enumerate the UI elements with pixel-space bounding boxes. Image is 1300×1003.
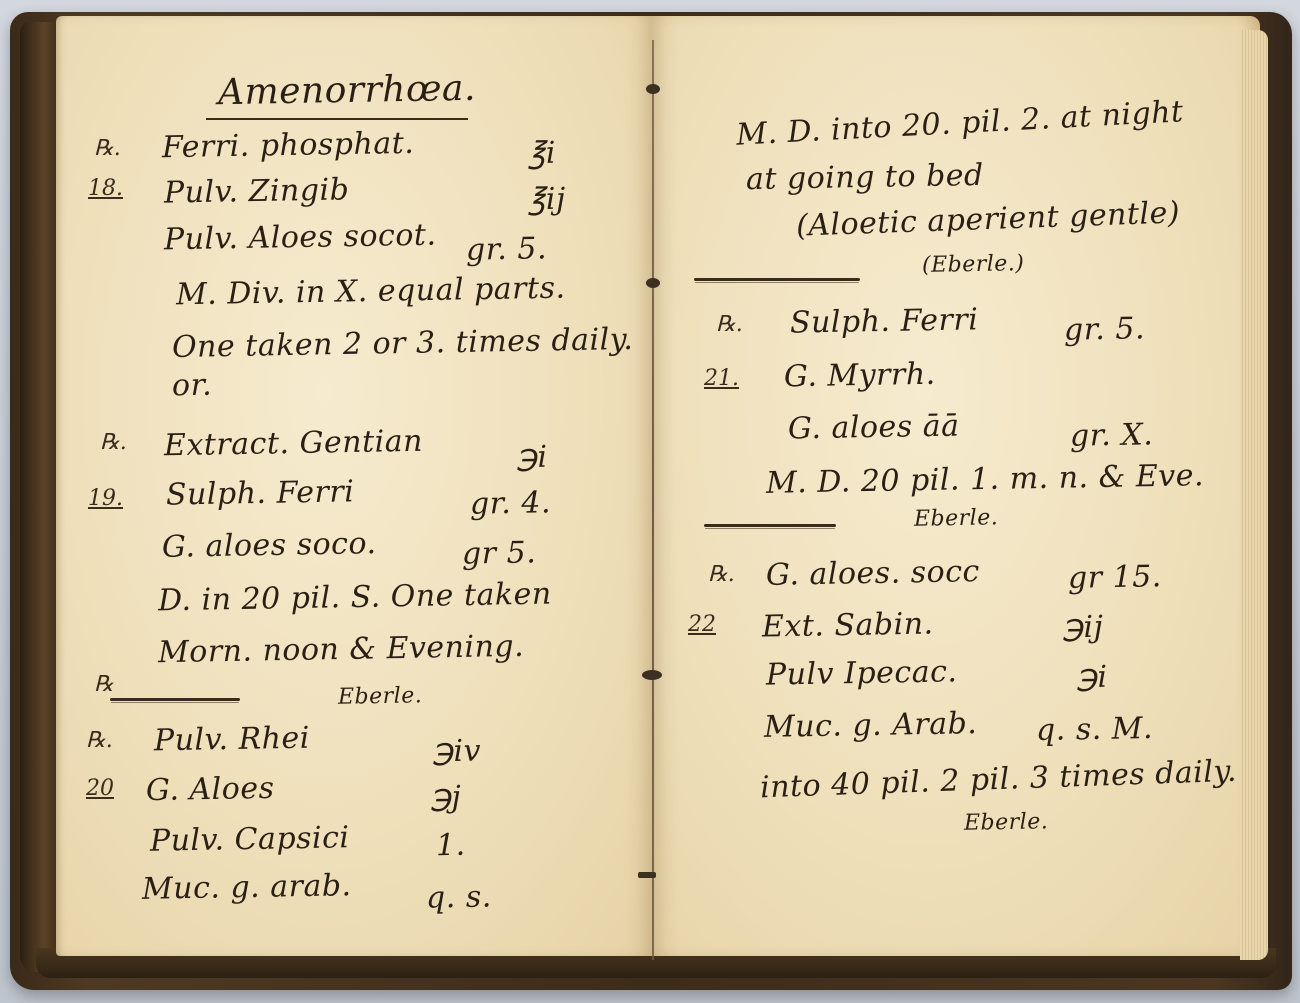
ingredient-name: G. aloes āā <box>788 409 960 447</box>
binding-stitch <box>638 872 656 878</box>
recipe-directions: Morn. noon & Evening. <box>158 629 525 670</box>
ingredient-dose: ℥ij <box>528 182 566 218</box>
ingredient-name: Pulv. Capsici <box>150 820 350 858</box>
page-stack-edges <box>1240 30 1268 960</box>
recipe-directions: M. Div. in X. equal parts. <box>176 271 566 313</box>
recipe-author: Eberle. <box>964 809 1049 835</box>
ingredient-dose: ℈i <box>516 440 548 476</box>
recipe-number: 22 <box>688 612 716 637</box>
ingredient-dose: q. s. <box>426 879 492 915</box>
ingredient-name: G. Aloes <box>146 771 275 808</box>
ingredient-name: Extract. Gentian <box>164 424 424 464</box>
ingredient-dose: ℥i <box>528 136 557 171</box>
ingredient-dose: ℈i <box>1076 660 1108 696</box>
ingredient-dose: gr. 4. <box>470 485 552 521</box>
ingredient-name: Ferri. phosphat. <box>162 126 415 165</box>
recipe-symbol: ℞. <box>94 136 121 161</box>
recipe-author: Eberle. <box>914 505 999 531</box>
ingredient-dose: gr. X. <box>1070 417 1154 453</box>
recipe-number: 18. <box>88 176 123 201</box>
ingredient-name: G. aloes. socc <box>766 554 980 593</box>
ingredient-name: Pulv. Zingib <box>164 172 350 210</box>
binding-stitch <box>642 670 662 680</box>
title-underline <box>206 118 468 120</box>
ingredient-name: Pulv Ipecac. <box>766 654 958 692</box>
ingredient-dose: ℈j <box>430 780 462 816</box>
recipe-symbol: ℞. <box>86 728 113 753</box>
ingredient-name: Pulv. Aloes socot. <box>164 218 437 258</box>
recipe-number: 19. <box>88 486 123 511</box>
ingredient-dose: ℈iv <box>432 734 482 770</box>
separator-mark: ℞ <box>94 672 114 697</box>
spine-binding-thread <box>652 40 654 960</box>
ingredient-dose: gr 5. <box>462 535 537 571</box>
recipe-number: 21. <box>704 366 739 391</box>
ingredient-name: Muc. g. Arab. <box>764 706 978 745</box>
recipe-note: or. <box>172 368 213 404</box>
ingredient-name: G. Myrrh. <box>784 357 936 395</box>
recipe-author: Eberle. <box>338 683 423 709</box>
recipe-symbol: ℞. <box>708 562 735 587</box>
binding-stitch <box>646 84 660 94</box>
book-cover-left-edge <box>20 22 60 972</box>
page-title: Amenorrhœa. <box>218 68 477 113</box>
binding-stitch <box>646 278 660 288</box>
recipe-directions: D. in 20 pil. S. One taken <box>158 577 552 619</box>
ingredient-dose: gr. 5. <box>466 231 548 267</box>
ingredient-name: Pulv. Rhei <box>154 721 310 759</box>
section-divider <box>110 698 240 701</box>
ingredient-dose: ℈ij <box>1062 610 1104 646</box>
ingredient-dose: gr 15. <box>1068 559 1162 596</box>
ingredient-name: Ext. Sabin. <box>762 607 934 645</box>
ingredient-name: Sulph. Ferri <box>166 474 355 512</box>
recipe-symbol: ℞. <box>716 312 743 337</box>
continuation-line: at going to bed <box>746 158 984 197</box>
ingredient-dose: 1. <box>436 828 466 864</box>
recipe-symbol: ℞. <box>100 430 127 455</box>
ingredient-dose: gr. 5. <box>1064 311 1146 347</box>
ingredient-name: Muc. g. arab. <box>142 868 352 907</box>
section-divider <box>694 278 860 281</box>
ingredient-name: Sulph. Ferri <box>790 302 979 340</box>
continuation-author: (Eberle.) <box>922 251 1025 278</box>
ingredient-name: G. aloes soco. <box>162 526 377 565</box>
ingredient-dose: q. s. M. <box>1036 711 1154 748</box>
section-divider <box>704 524 836 527</box>
recipe-number: 20 <box>86 776 114 801</box>
